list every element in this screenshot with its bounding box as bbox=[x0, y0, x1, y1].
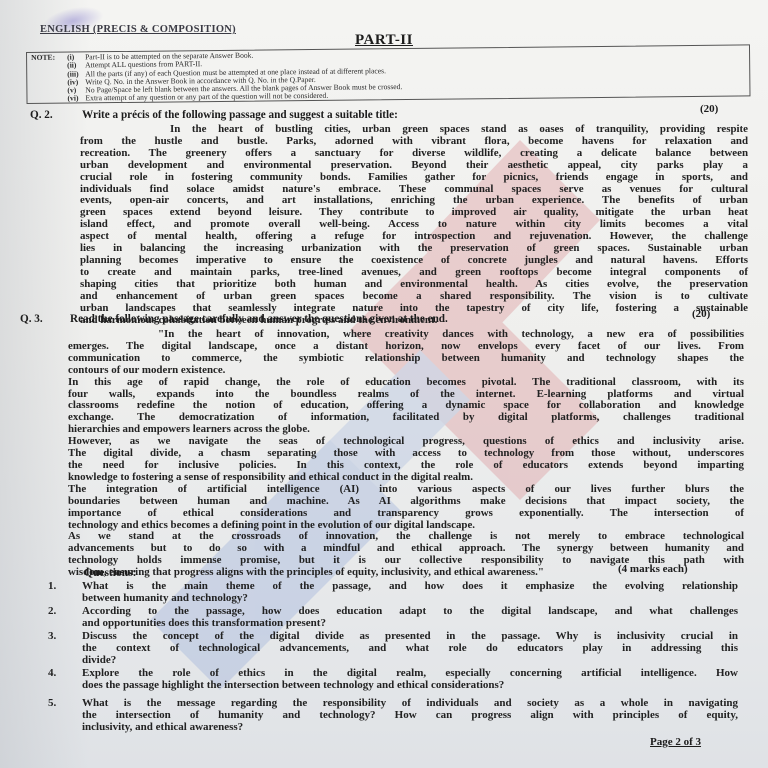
question-text: According to the passage, how does educa… bbox=[82, 605, 738, 629]
passage-line: urban development and environmental pres… bbox=[80, 160, 748, 172]
exam-page: ENGLISH (PRECIS & COMPOSITION) PART-II N… bbox=[0, 0, 768, 768]
q3-passage: "In the heart of innovation, where creat… bbox=[68, 329, 744, 579]
passage-line: to create and maintain parks, tree-lined… bbox=[80, 267, 748, 279]
question-item: 1.What is the main theme of the passage,… bbox=[48, 580, 738, 604]
q3-number: Q. 3. bbox=[20, 313, 43, 325]
q2-heading: Write a précis of the following passage … bbox=[82, 109, 398, 121]
question-item: 2.According to the passage, how does edu… bbox=[48, 605, 738, 629]
question-number: 3. bbox=[48, 630, 56, 642]
note-list: (i)Part-II is to be attempted on the sep… bbox=[67, 50, 402, 103]
question-text: What is the message regarding the respon… bbox=[82, 697, 738, 734]
passage-line: and enhancement of urban green spaces be… bbox=[80, 291, 748, 303]
note-item: (vi)Extra attempt of any question or any… bbox=[67, 92, 402, 104]
passage-line: crucial role in fostering community bond… bbox=[80, 172, 748, 184]
passage-line: The integration of artificial intelligen… bbox=[68, 484, 744, 496]
passage-line: importance of ethical considerations and… bbox=[68, 508, 744, 520]
passage-line: boundaries between human and machine. As… bbox=[68, 496, 744, 508]
question-number: 5. bbox=[48, 697, 56, 709]
passage-line: contours of our modern existence. bbox=[68, 365, 744, 377]
passage-line: In this age of rapid change, the role of… bbox=[68, 377, 744, 389]
q2-marks: (20) bbox=[700, 103, 718, 115]
q2-number: Q. 2. bbox=[30, 109, 53, 121]
note-item-text: Extra attempt of any question or any par… bbox=[85, 91, 328, 103]
note-item-number: (vi) bbox=[67, 95, 85, 103]
question-number: 4. bbox=[48, 667, 56, 679]
marks-each: (4 marks each) bbox=[618, 563, 688, 575]
questions-label: Questions: bbox=[84, 567, 136, 579]
passage-line: communication to commerce, the symbiotic… bbox=[68, 353, 744, 365]
question-text: Explore the role of ethics in the digita… bbox=[82, 667, 738, 691]
note-label: NOTE: bbox=[31, 54, 55, 63]
question-item: 3.Discuss the concept of the digital div… bbox=[48, 630, 738, 667]
question-number: 1. bbox=[48, 580, 56, 592]
question-number: 2. bbox=[48, 605, 56, 617]
page-number: Page 2 of 3 bbox=[650, 736, 701, 748]
passage-line: knowledge to fostering a sense of respon… bbox=[68, 472, 744, 484]
passage-line: shaping cities that prioritize both huma… bbox=[80, 279, 748, 291]
q2-passage: In the heart of bustling cities, urban g… bbox=[80, 124, 748, 326]
question-item: 4.Explore the role of ethics in the digi… bbox=[48, 667, 738, 691]
question-text: Discuss the concept of the digital divid… bbox=[82, 630, 738, 667]
q3-marks: (20) bbox=[692, 308, 710, 320]
passage-line: recreation. The greenery offers a sanctu… bbox=[80, 148, 748, 160]
question-text: What is the main theme of the passage, a… bbox=[82, 580, 738, 604]
q3-heading: Read the following passage carefully and… bbox=[70, 313, 448, 325]
note-box: NOTE: (i)Part-II is to be attempted on t… bbox=[26, 44, 751, 104]
question-item: 5.What is the message regarding the resp… bbox=[48, 697, 738, 734]
